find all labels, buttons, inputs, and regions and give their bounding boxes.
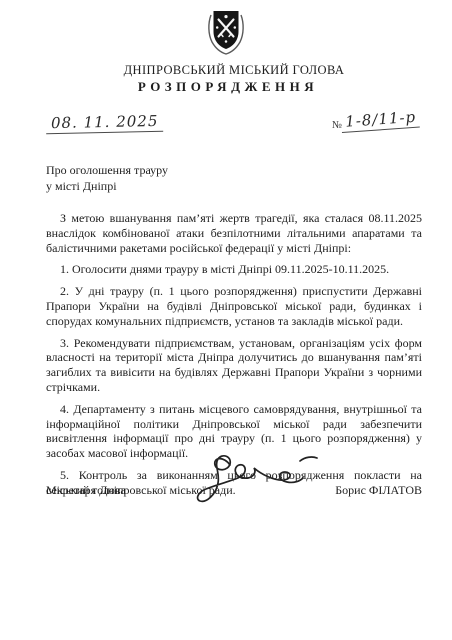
- document-page: ДНІПРОВСЬКИЙ МІСЬКИЙ ГОЛОВА РОЗПОРЯДЖЕНН…: [0, 0, 452, 640]
- subject-block: Про оголошення трауру у місті Дніпрі: [46, 163, 422, 194]
- date-handwritten: 08. 11. 2025: [46, 112, 164, 134]
- doc-type-title: РОЗПОРЯДЖЕННЯ: [34, 79, 422, 95]
- org-name: ДНІПРОВСЬКИЙ МІСЬКИЙ ГОЛОВА: [46, 63, 422, 77]
- date-number-row: 08. 11. 2025 № 1-8/11-р: [46, 107, 422, 133]
- signer-name: Борис ФІЛАТОВ: [335, 483, 422, 498]
- handwritten-signature: [192, 452, 318, 506]
- order-item-3: 3. Рекомендувати підприємствам, установа…: [46, 336, 422, 395]
- doc-number-group: № 1-8/11-р: [332, 113, 420, 133]
- order-item-1: 1. Оголосити днями трауру в місті Дніпрі…: [46, 262, 422, 277]
- subject-line-2: у місті Дніпрі: [46, 179, 422, 195]
- order-item-2: 2. У дні трауру (п. 1 цього розпорядженн…: [46, 284, 422, 328]
- number-handwritten: 1-8/11-р: [341, 108, 420, 133]
- signer-position: Міський голова: [46, 483, 126, 498]
- dnipro-coat-of-arms-icon: [205, 8, 247, 55]
- document-header: ДНІПРОВСЬКИЙ МІСЬКИЙ ГОЛОВА РОЗПОРЯДЖЕНН…: [46, 8, 422, 95]
- subject-line-1: Про оголошення трауру: [46, 163, 422, 179]
- intro-paragraph: З метою вшанування пам’яті жертв трагеді…: [46, 211, 422, 255]
